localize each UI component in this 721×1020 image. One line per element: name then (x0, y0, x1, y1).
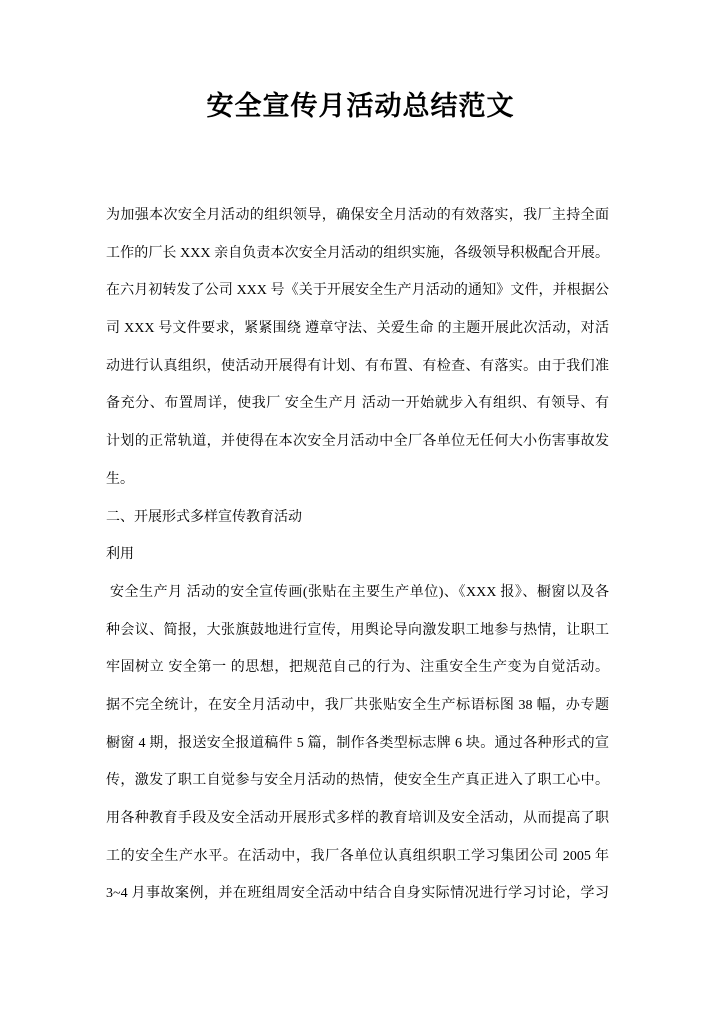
text-line: 为加强本次安全月活动的组织领导，确保安全月活动的有效落实，我厂主持全面 (106, 197, 609, 235)
text-line: 工作的厂长 XXX 亲自负责本次安全月活动的组织实施，各级领导积极配合开展。 (106, 235, 609, 273)
text-line: 计划的正常轨道，并使得在本次安全月活动中全厂各单位无任何大小伤害事故发 (106, 423, 609, 461)
text-line: 生。 (106, 461, 609, 499)
text-line: 安全生产月 活动的安全宣传画(张贴在主要生产单位)、《XXX 报》、橱窗以及各 (106, 574, 609, 612)
text-line: 备充分、布置周详，使我厂 安全生产月 活动一开始就步入有组织、有领导、有 (106, 385, 609, 423)
text-line: 动进行认真组织，使活动开展得有计划、有布置、有检查、有落实。由于我们准 (106, 348, 609, 386)
text-line: 利用 (106, 536, 609, 574)
text-line: 传，激发了职工自觉参与安全月活动的热情，使安全生产真正进入了职工心中。 (106, 762, 609, 800)
document-title: 安全宣传月活动总结范文 (0, 0, 721, 126)
text-line: 用各种教育手段及安全活动开展形式多样的教育培训及安全活动，从而提高了职 (106, 800, 609, 838)
text-line: 种会议、简报，大张旗鼓地进行宣传，用舆论导向激发职工地参与热情，让职工 (106, 612, 609, 650)
text-line: 3~4 月事故案例，并在班组周安全活动中结合自身实际情况进行学习讨论，学习 (106, 875, 609, 913)
text-line: 橱窗 4 期，报送安全报道稿件 5 篇，制作各类型标志牌 6 块。通过各种形式的… (106, 725, 609, 763)
text-line: 据不完全统计，在安全月活动中，我厂共张贴安全生产标语标图 38 幅，办专题 (106, 687, 609, 725)
document-body: 为加强本次安全月活动的组织领导，确保安全月活动的有效落实，我厂主持全面 工作的厂… (106, 197, 609, 913)
text-line: 牢固树立 安全第一 的思想，把规范自己的行为、注重安全生产变为自觉活动。 (106, 649, 609, 687)
document-page: 安全宣传月活动总结范文 为加强本次安全月活动的组织领导，确保安全月活动的有效落实… (0, 0, 721, 1020)
text-line: 司 XXX 号文件要求，紧紧围绕 遵章守法、关爱生命 的主题开展此次活动，对活 (106, 310, 609, 348)
section-heading: 二、开展形式多样宣传教育活动 (106, 499, 609, 537)
text-line: 工的安全生产水平。在活动中，我厂各单位认真组织职工学习集团公司 2005 年 (106, 838, 609, 876)
text-line: 在六月初转发了公司 XXX 号《关于开展安全生产月活动的通知》文件，并根据公 (106, 272, 609, 310)
